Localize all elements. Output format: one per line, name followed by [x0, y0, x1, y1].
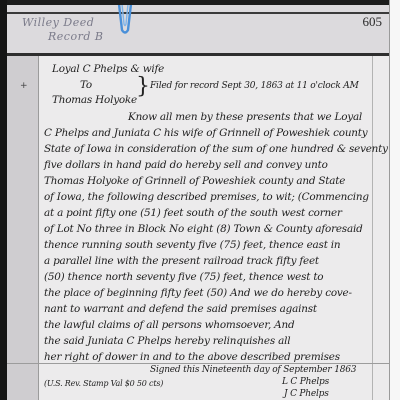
signature-1: L C Phelps — [282, 378, 329, 387]
body-line-15: the said Juniata C Phelps hereby relinqu… — [44, 336, 290, 346]
pencil-note-line2: Record B — [48, 30, 103, 43]
body-line-5: Thomas Holyoke of Grinnell of Poweshiek … — [44, 176, 345, 186]
caption-to: To — [80, 80, 92, 90]
body-line-7: at a point fifty one (51) feet south of … — [44, 208, 342, 218]
body-line-13: nant to warrant and defend the said prem… — [44, 304, 317, 314]
body-line-1: Know all men by these presents that we L… — [128, 112, 362, 122]
margin-rule — [38, 56, 39, 400]
body-line-4: five dollars in hand paid do hereby sell… — [44, 160, 328, 170]
body-line-12: the place of beginning fifty feet (50) A… — [44, 288, 352, 298]
scan-edge-left — [0, 0, 7, 400]
body-line-10: a parallel line with the present railroa… — [44, 256, 319, 266]
caption-grantee: Thomas Holyoke — [52, 95, 137, 105]
scan-edge-top — [0, 0, 400, 5]
page-number: 605 — [363, 14, 383, 30]
body-line-14: the lawful claims of all persons whomsoe… — [44, 320, 294, 330]
scanned-deed-page: Willey Deed Record B 605 + Loyal C Phelp… — [0, 0, 400, 400]
signature-2: J C Phelps — [284, 390, 329, 399]
body-line-8: of Lot No three in Block No eight (8) To… — [44, 224, 363, 234]
caption-bracket: } — [136, 76, 150, 98]
margin-column — [7, 56, 38, 400]
margin-mark: + — [20, 81, 28, 91]
body-line-11: (50) thence north seventy five (75) feet… — [44, 272, 323, 282]
body-line-2: C Phelps and Juniata C his wife of Grinn… — [44, 128, 367, 138]
revenue-stamp-note: (U.S. Rev. Stamp Val $0 50 cts) — [44, 380, 163, 388]
paper-clip-icon — [116, 2, 134, 36]
right-margin-rule — [372, 56, 373, 400]
scan-edge-right — [389, 0, 400, 400]
header-rule-top — [7, 12, 390, 14]
body-line-3: State of Iowa in consideration of the su… — [44, 144, 388, 154]
rule-after-body — [7, 363, 390, 364]
body-line-16: her right of dower in and to the above d… — [44, 352, 340, 362]
caption-grantor: Loyal C Phelps & wife — [52, 64, 164, 74]
body-line-6: of Iowa, the following described premise… — [44, 192, 369, 202]
header-rule-bottom — [7, 53, 390, 56]
caption-filed: Filed for record Sept 30, 1863 at 11 o'c… — [150, 82, 359, 91]
body-line-9: thence running south seventy five (75) f… — [44, 240, 340, 250]
signed-line: Signed this Nineteenth day of September … — [150, 366, 356, 375]
pencil-note-line1: Willey Deed — [22, 16, 94, 29]
